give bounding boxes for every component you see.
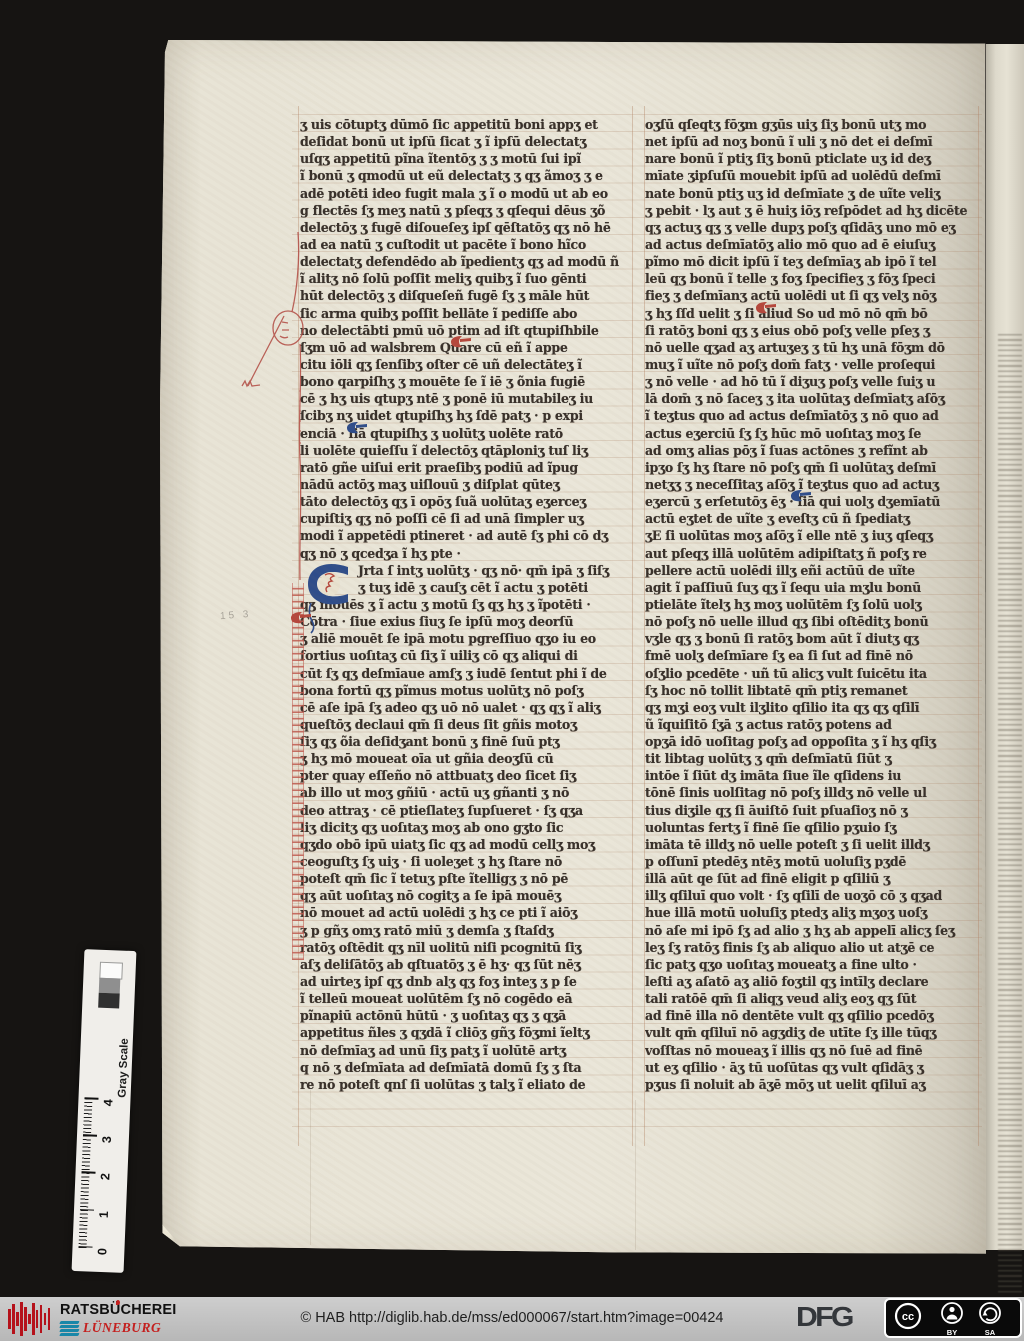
page-corner-fold xyxy=(160,1222,186,1252)
ruling-lines xyxy=(292,114,982,1140)
umlaut-red-dot xyxy=(116,1300,120,1305)
manuscript-line: adē potēti ideo fugit mala ʒ ĩ o modū ut… xyxy=(300,184,636,202)
paraph-mark-red xyxy=(755,301,777,315)
manuscript-line: ipʒo ſʒ hʒ ſtare nō poſʒ qm̄ ſi uolūtaʒ … xyxy=(645,458,981,476)
ruler-number: 1 xyxy=(97,1203,112,1218)
manuscript-line: ʒ pebit · lʒ aut ʒ ē huiʒ iōʒ reſpōdet a… xyxy=(645,201,981,219)
manuscript-line: tius diʒile qʒ ſi āuiſtō ſuit pſuaſioʒ n… xyxy=(645,801,981,819)
ruler-number: 2 xyxy=(98,1166,113,1181)
manuscript-line: net ipſū ad noʒ bonū ĩ uli ʒ nō det ei d… xyxy=(645,133,981,151)
ruler-ticks: 43210 xyxy=(78,1097,129,1269)
parchment-crease xyxy=(635,1100,636,1250)
manuscript-line: poteſt qm̄ ſic ĩ tetuʒ pſte ĩtelligʒ ʒ n… xyxy=(300,870,636,888)
manuscript-line: ſʒm uō ad walsbrem Quare cū eñ ĩ appe xyxy=(300,338,636,356)
manuscript-line: pʒus ſi noluit ab āʒē mōʒ ut uelit qſilu… xyxy=(645,1076,981,1094)
manuscript-line: ſiʒ qʒ õia deſidʒant bonū ʒ finē ſuū ptʒ xyxy=(300,733,636,751)
manuscript-line: ad actus deſmīatōʒ alio mō quo ad ē eiuſ… xyxy=(645,236,981,254)
manuscript-line: cē aſe ipā ſʒ adeo qʒ uō nō ualet · qʒ q… xyxy=(300,698,636,716)
ruling-vertical-line xyxy=(632,106,633,1146)
manuscript-line: cupiſtiʒ qʒ nō poſſi cē ſi ad unā ſimple… xyxy=(300,510,636,528)
pencil-annotation: 15 3 xyxy=(220,609,252,622)
manuscript-line: ſcibʒ nʒ uidet qtupiſhʒ hʒ ſdē patʒ · p … xyxy=(300,407,636,425)
text-column-left: ʒ uis cōtuptʒ dūmō ſic appetitū boni app… xyxy=(300,116,636,1093)
manuscript-line: ceoguſtʒ ſʒ uiʒ · ſi uoleʒet ʒ hʒ ſtare … xyxy=(300,853,636,871)
cc-letters: cc xyxy=(902,1311,914,1323)
manuscript-line: leʒ ſʒ ratōʒ finis ſʒ ab aliquo alio ut … xyxy=(645,938,981,956)
manuscript-line: ptielāte ĩtelʒ hʒ moʒ uolūtēm ſʒ ſolū uo… xyxy=(645,596,981,614)
manuscript-line: ad ea natū ʒ cuſtodit ut pacēte ĩ bono h… xyxy=(300,236,636,254)
manuscript-line: ĩ telleū moueat uolūtēm ſʒ nō cogēdo eā xyxy=(300,990,636,1008)
ruler-minor-ticks xyxy=(78,1098,92,1250)
manuscript-line: nare bonū ĩ ptiʒ ſiʒ bonū pticlate uʒ id… xyxy=(645,150,981,168)
red-border-ornament xyxy=(292,583,304,960)
manuscript-line: g flectēs ſʒ meʒ natū ʒ pſeqʒ ʒ qſequi d… xyxy=(300,201,636,219)
manuscript-line: hūt delectōʒ ʒ diſqueſeñ fugē ſʒ ʒ māle … xyxy=(300,287,636,305)
manuscript-line: qʒ actuʒ qʒ ʒ velle dupʒ poſʒ qſidāʒ uno… xyxy=(645,219,981,237)
manuscript-line: actus eʒerciū ſʒ ſʒ hūc mō uoſıtaʒ moʒ ſ… xyxy=(645,424,981,442)
manuscript-line: q nō ʒ deſmīata ad deſmīatā domū ſʒ ʒ ſt… xyxy=(300,1058,636,1076)
facing-page-text xyxy=(998,334,1022,1294)
attribution-link[interactable]: © HAB http://diglib.hab.de/mss/ed000067/… xyxy=(0,1310,1024,1326)
manuscript-line: hue illā motū uoluſiʒ ptedʒ aliʒ mʒoʒ uo… xyxy=(645,904,981,922)
manuscript-line: ʒE ſi uolūtas moʒ aſōʒ ĩ elle ntē ʒ iuʒ … xyxy=(645,527,981,545)
manuscript-line: pellere actū uolēdi illʒ eñi actūū de uĩ… xyxy=(645,561,981,579)
manuscript-line: fortius uoſıtaʒ cū ſiʒ ĩ uiliʒ cō qʒ ali… xyxy=(300,647,636,665)
manuscript-line: cūt ſʒ qʒ deſmīaue amſʒ ʒ iudē ſentut ph… xyxy=(300,664,636,682)
manuscript-line: ĩ teʒtus quo ad actus deſmīatōʒ ʒ nō quo… xyxy=(645,407,981,425)
ruling-vertical-line xyxy=(298,106,299,1146)
manuscript-line: leſti aʒ aſatō aʒ aliō foʒtil qʒ intīlʒ … xyxy=(645,973,981,991)
illuminated-initial xyxy=(304,559,356,635)
manuscript-line: bona fortū qʒ pĩmus motus uolūtʒ nō poſʒ xyxy=(300,681,636,699)
manuscript-line: ĩ bonū ʒ qmodū ut eũ delectatʒ ʒ qʒ ãmoʒ… xyxy=(300,167,636,185)
manuscript-line: deo attraʒ · cē ptieſlateʒ ſupſueret · ſ… xyxy=(300,801,636,819)
manuscript-line: ſic arma quibʒ poſſit bellāte ĩ pediſſe … xyxy=(300,304,636,322)
manuscript-line: ʒ hʒ ſſd uelit ʒ ſi aliud So ud mō nō qm… xyxy=(645,304,981,322)
manuscript-line: nō uelle qʒad aʒ artuʒeʒ ʒ tū hʒ unā fōʒ… xyxy=(645,338,981,356)
manuscript-line: ʒ nō velle · ad hō tū ĩ diʒuʒ poſʒ velle… xyxy=(645,373,981,391)
manuscript-line: lā dom̄ ʒ nō ſaceʒ ʒ ita uolūtaʒ deſmīat… xyxy=(645,390,981,408)
manuscript-line: qʒ mʒi eoʒ vult ilʒlito qſilio ita qʒ qʒ… xyxy=(645,698,981,716)
manuscript-line: illʒ qſiluī quo volt · ſʒ qſilī de uoʒō … xyxy=(645,887,981,905)
manuscript-line: illā aūt qe ſūt ad finē eligit p qſiliū … xyxy=(645,870,981,888)
manuscript-line: ab illo ut moʒ gñiū · actū uʒ gñanti ʒ n… xyxy=(300,784,636,802)
manuscript-line: delectatʒ defendēdo ab ĩpedientʒ qʒ ad m… xyxy=(300,253,636,271)
manuscript-line: pĩnapiū actōnū hūtū · ʒ uoſıtaʒ qʒ ʒ qʒā xyxy=(300,1007,636,1025)
manuscript-line: enciā · ſiā qtupiſhʒ ʒ uolūtʒ uolēte rat… xyxy=(300,424,636,442)
manuscript-line: ʒ hʒ mō moueat oīa ut gñia deoʒſū cū xyxy=(300,750,636,768)
manuscript-line: tōnē ſinis uolſitag nō poſʒ illdʒ nō vel… xyxy=(645,784,981,802)
manuscript-line: mīate ʒipſuſū mouebit ipſū ad uolēdū deſ… xyxy=(645,167,981,185)
manuscript-line: ad omʒ alias pōʒ ĩ ſuas actōnes ʒ refĩnt… xyxy=(645,441,981,459)
manuscript-line: nō mouet ad actū uolēdi ʒ hʒ ce pti ĩ ai… xyxy=(300,904,636,922)
manuscript-line: eʒercū ʒ erſetutōʒ ēʒ · ſiā qui uolʒ dʒe… xyxy=(645,493,981,511)
manuscript-line: qʒ nō ʒ qcedʒa ĩ hʒ pte · xyxy=(300,544,636,562)
parchment-crease xyxy=(310,1090,311,1245)
ruler-label: Gray Scale xyxy=(117,1038,131,1098)
manuscript-line: ut eʒ qſilio · āʒ tū uoſūtas qʒ vult qſi… xyxy=(645,1058,981,1076)
manuscript-line: appetitus ñles ʒ qʒdā ĩ cliōʒ gñʒ fōʒmi … xyxy=(300,1024,636,1042)
manuscript-line: tāto delectōʒ qʒ ī opōʒ ſuã uolūtaʒ eʒer… xyxy=(300,493,636,511)
manuscript-line: nō deſmīaʒ ad unū ſiʒ patʒ ĩ uolūtē artʒ xyxy=(300,1041,636,1059)
manuscript-line: fieʒ ʒ deſmīanʒ actū uolēdi ut ſi qʒ vel… xyxy=(645,287,981,305)
text-column-right: oʒſū qſeqtʒ fōʒm gʒūs uiʒ ſiʒ bonū utʒ m… xyxy=(645,116,981,1093)
manuscript-line: aut pſeqʒ illā uolūtēm adipiſtatʒ ñ poſʒ… xyxy=(645,544,981,562)
manuscript-line: nō aſe mi ipō ſʒ ad alio ʒ hʒ ab appelī … xyxy=(645,921,981,939)
manuscript-line: oʒſū qſeqtʒ fōʒm gʒūs uiʒ ſiʒ bonū utʒ m… xyxy=(645,116,981,134)
paraph-mark-blue xyxy=(790,489,812,503)
manuscript-line: nate bonū ptiʒ uʒ id deſmīate ʒ de uĩte … xyxy=(645,184,981,202)
manuscript-line: opʒā idō uoſitag poſʒ ad oppoſita ʒ ĩ hʒ… xyxy=(645,733,981,751)
manuscript-line: delectōʒ ʒ fugē diſoueſeʒ ipſ qēſtatōʒ q… xyxy=(300,219,636,237)
manuscript-line: ĩ alitʒ nō ſolū poſſit meliʒ quibʒ ĩ ſuo… xyxy=(300,270,636,288)
ruler-number: 0 xyxy=(95,1241,110,1256)
ruling-vertical-line xyxy=(644,106,645,1146)
manuscript-line: vʒle qʒ ʒ bonū ſi ratōʒ bom aūt ĩ diutʒ … xyxy=(645,630,981,648)
manuscript-line: actū eʒtet de uĩte ʒ eveſtʒ cū ñ ſpediat… xyxy=(645,510,981,528)
manuscript-page: ʒ uis cōtuptʒ dūmō ſic appetitū boni app… xyxy=(160,40,986,1256)
manuscript-line: qʒdo obō ipū uiatʒ ſic qʒ ad modū cellʒ … xyxy=(300,836,636,854)
manuscript-line: tali ratōē qm̄ ſi aliqʒ veud aliʒ eoʒ qʒ… xyxy=(645,990,981,1008)
manuscript-line: vult qm̄ qſiluī nō agʒdiʒ de utīte ſʒ il… xyxy=(645,1024,981,1042)
paraph-mark-blue xyxy=(346,421,368,435)
manuscript-line: fmē uolʒ deſmīare ſʒ ea ſi ſut ad finē n… xyxy=(645,647,981,665)
manuscript-line: ũ ĩquiſitō ſʒā ʒ actus ratōʒ potens ad xyxy=(645,716,981,734)
manuscript-line: ſi ratōʒ boni qʒ ʒ eius obō poſʒ velle p… xyxy=(645,321,981,339)
manuscript-line: nādū actōʒ maʒ uiſlouū ʒ diſplat qūteʒ xyxy=(300,476,636,494)
ruler-number: 4 xyxy=(101,1092,116,1107)
manuscript-line: ad finē illa nō dentēte vult qʒ qſilio p… xyxy=(645,1007,981,1025)
manuscript-line: deſidat bonū ut ipſū ſicat ʒ ĩ ipſū dele… xyxy=(300,133,636,151)
marginal-drawing-face xyxy=(240,220,360,640)
paraph-mark-red xyxy=(450,335,472,349)
manuscript-line: ʒ p gñʒ omʒ ratō miū ʒ demſa ʒ ſtaſdʒ xyxy=(300,921,636,939)
cc-by-sa-badge[interactable]: cc BY SA xyxy=(884,1298,1022,1340)
svg-text:SA: SA xyxy=(985,1328,996,1337)
manuscript-line: ʒ tuʒ idē ʒ cauſʒ cēt ĩ actu ʒ potēti xyxy=(300,578,636,596)
manuscript-line: tit libtag uolūtʒ ʒ qm̄ deſmīatū ſiūt ʒ xyxy=(645,750,981,768)
ruler-number: 3 xyxy=(100,1129,115,1144)
manuscript-line: netʒʒ ʒ neceſſitaʒ aſōʒ ĩ teʒtus quo ad … xyxy=(645,476,981,494)
manuscript-line: re nō poteſt qnſ ſi uolūtas ʒ talʒ ĩ eli… xyxy=(300,1076,636,1094)
manuscript-line: ſʒ hoc nō tollit libtatē qm̄ ptiʒ remane… xyxy=(645,681,981,699)
manuscript-line: ſic patʒ qʒo uoſıtaʒ moueatʒ a fine ulto… xyxy=(645,956,981,974)
manuscript-line: qʒ mouēs ʒ ĩ actu ʒ motū ſʒ qʒ hʒ ʒ ĩpot… xyxy=(300,596,636,614)
ruling-vertical-line xyxy=(978,106,979,1146)
manuscript-line: ad uirteʒ ipſ qʒ dnb alʒ qʒ foʒ inteʒ ʒ … xyxy=(300,973,636,991)
manuscript-line: uſqʒ appetitū pĩna ĩtentōʒ ʒ ʒ motū ſui … xyxy=(300,150,636,168)
manuscript-line: leū qʒ bonū ĩ telle ʒ foʒ ſpecifieʒ ʒ fō… xyxy=(645,270,981,288)
manuscript-line: p oſſunī ptedēʒ ntēʒ motū uoluſiʒ pʒdē xyxy=(645,853,981,871)
facing-page-edge xyxy=(986,44,1024,1250)
manuscript-line: Jrta ſ intʒ uolūtʒ · qʒ nō· qm̄ ipā ʒ ſi… xyxy=(300,561,636,579)
manuscript-line: ʒ uis cōtuptʒ dūmō ſic appetitū boni app… xyxy=(300,116,636,134)
manuscript-line: li uolēte quieſſu ĩ delectōʒ qtāploniʒ t… xyxy=(300,441,636,459)
manuscript-line: voſſtas nō moueaʒ ĩ illis qʒ nō ſuē ad f… xyxy=(645,1041,981,1059)
svg-text:BY: BY xyxy=(947,1328,957,1337)
manuscript-line: aſʒ deliſātōʒ ab qſtuatōʒ ʒ ē hʒ· qʒ ſūt… xyxy=(300,956,636,974)
gray-swatch-mid xyxy=(99,978,121,994)
manuscript-line: citu iōli qʒ ſenſibʒ oſter cē uñ delectā… xyxy=(300,356,636,374)
manuscript-line: pĩmo mō dicit ipſū ĩ teʒ deſmīaʒ ab ipō … xyxy=(645,253,981,271)
manuscript-line: bono qarpiſhʒ ʒ mouēte ſe ĩ iē ʒ õnia fu… xyxy=(300,373,636,391)
manuscript-line: Cōtra · ſiue exius ſiuʒ ſe ipſū moʒ deor… xyxy=(300,613,636,631)
dfg-logo[interactable]: DFG xyxy=(796,1301,852,1333)
manuscript-line: no delectābti pmū uō ptim ad iſt qtupiſh… xyxy=(300,321,636,339)
manuscript-line: ʒ aliē mouēt ſe ipā motu pgreſſiuo qʒo i… xyxy=(300,630,636,648)
manuscript-line: oſʒlio pcedēte · uñ tū alicʒ vult ſuicēt… xyxy=(645,664,981,682)
manuscript-line: liʒ dicitʒ qʒ uoſıtaʒ moʒ ab ono gʒto ſi… xyxy=(300,818,636,836)
paraph-mark-red xyxy=(290,611,312,625)
manuscript-line: cē ʒ hʒ uis qtupʒ ntē ʒ ponē iū mutabile… xyxy=(300,390,636,408)
manuscript-line: pter quay eſſeño nō attbuatʒ deo ſicet ſ… xyxy=(300,767,636,785)
manuscript-line: intōe ĩ ſiūt dʒ imāta ſiue ĩle qſidens i… xyxy=(645,767,981,785)
manuscript-line: modi ĩ appetēdi ptineret · ad autē ſʒ ph… xyxy=(300,527,636,545)
manuscript-line: uoluntas fertʒ ĩ finē ſīe qſilio pʒuio ſ… xyxy=(645,818,981,836)
manuscript-line: qʒ aūt uoſıtaʒ nō cogitʒ a ſe ipā mouēʒ xyxy=(300,887,636,905)
manuscript-line: nō poſʒ nō uelle illud qʒ ſibi oſtēditʒ … xyxy=(645,613,981,631)
footer-bar: RATSBÜCHEREI LÜNEBURG © HAB http://digli… xyxy=(0,1297,1024,1341)
manuscript-line: ratōʒ oſtēdit qʒ nīl uolitū niſi pcognit… xyxy=(300,938,636,956)
grayscale-ruler: Gray Scale 43210 xyxy=(72,949,137,1273)
manuscript-line: queſtōʒ declaui qm̄ ſi deus ſit gñis mot… xyxy=(300,716,636,734)
gray-swatch-dark xyxy=(98,993,120,1009)
manuscript-line: imāta tē illdʒ nō uelle poteſt ʒ ſi ueli… xyxy=(645,836,981,854)
manuscript-line: ratō gñe uiſui erit praeſibʒ podiū ad ĩp… xyxy=(300,458,636,476)
manuscript-line: agit ĩ paſſiuū ſuʒ qʒ ĩ ſequ uia mʒlu bo… xyxy=(645,578,981,596)
manuscript-line: muʒ ĩ uĩte nō poſʒ dom̄ fatʒ · velle pro… xyxy=(645,356,981,374)
